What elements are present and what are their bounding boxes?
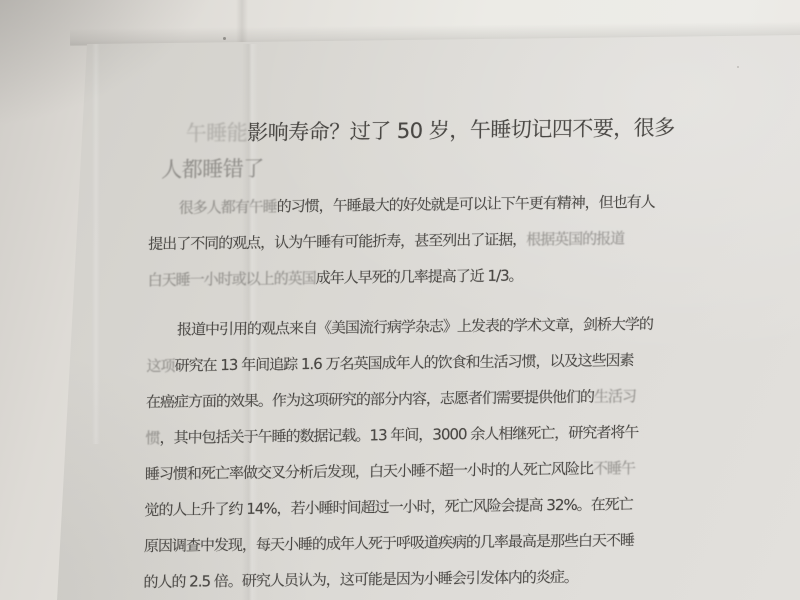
text-segment-faded: 白天睡一小时或以上的英国 <box>148 269 316 289</box>
paper-crease <box>92 44 100 444</box>
text-segment: 研究在 13 年间追踪 1.6 万名英国成年人的饮食和生活习惯，以及这些因素 <box>174 351 633 375</box>
text-segment: 睡习惯和死亡率做交叉分析后发现，白天小睡不超一小时的人死亡风险比 <box>145 460 593 483</box>
text-segment-faded: 根据英国的报道 <box>526 229 624 248</box>
text-segment-faded: 不睡午 <box>593 459 635 478</box>
text-segment: 影响寿命？过了 50 岁，午睡切记四不要，很多 <box>247 116 675 145</box>
dust-speck <box>737 66 739 68</box>
text-segment: 报道中引用的观点来自《美国流行病学杂志》上发表的学术文章，剑桥大学的 <box>177 315 653 339</box>
text-segment-faded: 惯 <box>145 429 159 447</box>
text-segment: ，其中包括关于午睡的数据记载。13 年间，3000 余人相继死亡，研究者将午 <box>159 423 638 447</box>
title-line: 人都睡错了 <box>149 146 675 188</box>
background-seam <box>236 0 248 48</box>
text-segment: 在癌症方面的效果。作为这项研究的部分内容，志愿者们需要提供他们的 <box>146 388 594 411</box>
body-line: 原因调查中发现，每天小睡的成年人死于呼吸道疾病的几率最高是那些白天不睡 <box>144 522 670 564</box>
text-segment-faded: 午睡能 <box>186 121 248 146</box>
text-segment: 觉的人上升了约 14%，若小睡时间超过一小时，死亡风险会提高 32%。在死亡 <box>144 495 632 519</box>
text-segment-faded: 这项 <box>146 357 174 375</box>
text-segment: 成年人早死的几率提高了近 1/3。 <box>316 266 523 287</box>
text-segment-faded: 人都睡错了 <box>161 157 264 182</box>
document-lines: 午睡能影响寿命？过了 50 岁，午睡切记四不要，很多人都睡错了很多人都有午睡的习… <box>143 110 675 600</box>
title-line: 午睡能影响寿命？过了 50 岁，午睡切记四不要，很多 <box>149 110 675 152</box>
text-segment: 的人的 2.5 倍。研究人员认为，这可能是因为小睡会引发体内的炎症。 <box>143 568 578 591</box>
text-segment: 的习惯，午睡最大的好处就是可以让下午更有精神，但也有人 <box>277 193 655 216</box>
body-line: 提出了不同的观点，认为午睡有可能折寿，甚至列出了证据，根据英国的报道 <box>148 220 674 262</box>
text-segment-faded: 很多人都有午睡 <box>179 197 277 216</box>
text-segment: 原因调查中发现，每天小睡的成年人死于呼吸道疾病的几率最高是那些白天不睡 <box>144 531 634 555</box>
body-line: 的人的 2.5 倍。研究人员认为，这可能是因为小睡会引发体内的炎症。 <box>143 558 669 600</box>
photo-of-printed-document: 午睡能影响寿命？过了 50 岁，午睡切记四不要，很多人都睡错了很多人都有午睡的习… <box>0 0 800 600</box>
body-line: 白天睡一小时或以上的英国成年人早死的几率提高了近 1/3。 <box>147 256 673 298</box>
text-segment-faded: 生活习 <box>594 387 636 406</box>
text-segment: 提出了不同的观点，认为午睡有可能折寿，甚至列出了证据， <box>148 230 526 253</box>
document-text: 午睡能影响寿命？过了 50 岁，午睡切记四不要，很多人都睡错了很多人都有午睡的习… <box>143 110 675 600</box>
dust-speck <box>223 37 226 40</box>
